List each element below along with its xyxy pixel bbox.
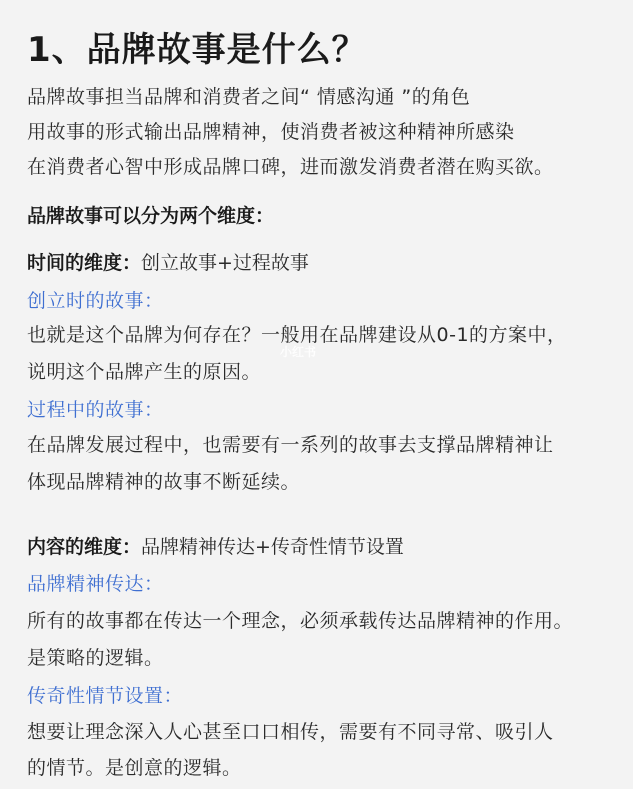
intro-line-1: 品牌故事担当品牌和消费者之间“ 情感沟通 ”的角色 xyxy=(27,82,470,109)
brand-spirit-subtitle: 品牌精神传达： xyxy=(27,569,164,596)
brand-spirit-line-2: 是策略的逻辑。 xyxy=(27,643,164,670)
intro-line-2: 用故事的形式输出品牌精神，使消费者被这种精神所感染 xyxy=(27,117,515,144)
legendary-plot-line-2: 的情节。是创意的逻辑。 xyxy=(27,753,242,780)
legendary-plot-line-1: 想要让理念深入人心甚至口口相传，需要有不同寻常、吸引人 xyxy=(27,717,554,744)
content-dimension-value: 品牌精神传达+传奇性情节设置 xyxy=(141,536,404,558)
page-title: 1、品牌故事是什么？ xyxy=(27,22,367,71)
time-dimension-value: 创立故事+过程故事 xyxy=(141,252,309,274)
content-dimension-heading: 内容的维度：品牌精神传达+传奇性情节设置 xyxy=(27,532,404,559)
founding-story-subtitle: 创立时的故事： xyxy=(27,286,164,313)
brand-spirit-line-1: 所有的故事都在传达一个理念，必须承载传达品牌精神的作用。 xyxy=(27,606,573,633)
process-story-subtitle: 过程中的故事： xyxy=(27,395,164,422)
dimensions-heading: 品牌故事可以分为两个维度： xyxy=(27,201,274,228)
watermark: 小红书 xyxy=(280,343,316,360)
process-story-line-1: 在品牌发展过程中，也需要有一系列的故事去支撑品牌精神让 xyxy=(27,430,554,457)
legendary-plot-subtitle: 传奇性情节设置： xyxy=(27,681,183,708)
time-dimension-label: 时间的维度： xyxy=(27,252,141,274)
time-dimension-heading: 时间的维度：创立故事+过程故事 xyxy=(27,248,309,275)
process-story-line-2: 体现品牌精神的故事不断延续。 xyxy=(27,467,300,494)
content-dimension-label: 内容的维度： xyxy=(27,536,141,558)
founding-story-line-2: 说明这个品牌产生的原因。 xyxy=(27,357,261,384)
article-page: 1、品牌故事是什么？ 品牌故事担当品牌和消费者之间“ 情感沟通 ”的角色 用故事… xyxy=(0,0,633,789)
intro-line-3: 在消费者心智中形成品牌口碑，进而激发消费者潜在购买欲。 xyxy=(27,152,554,179)
